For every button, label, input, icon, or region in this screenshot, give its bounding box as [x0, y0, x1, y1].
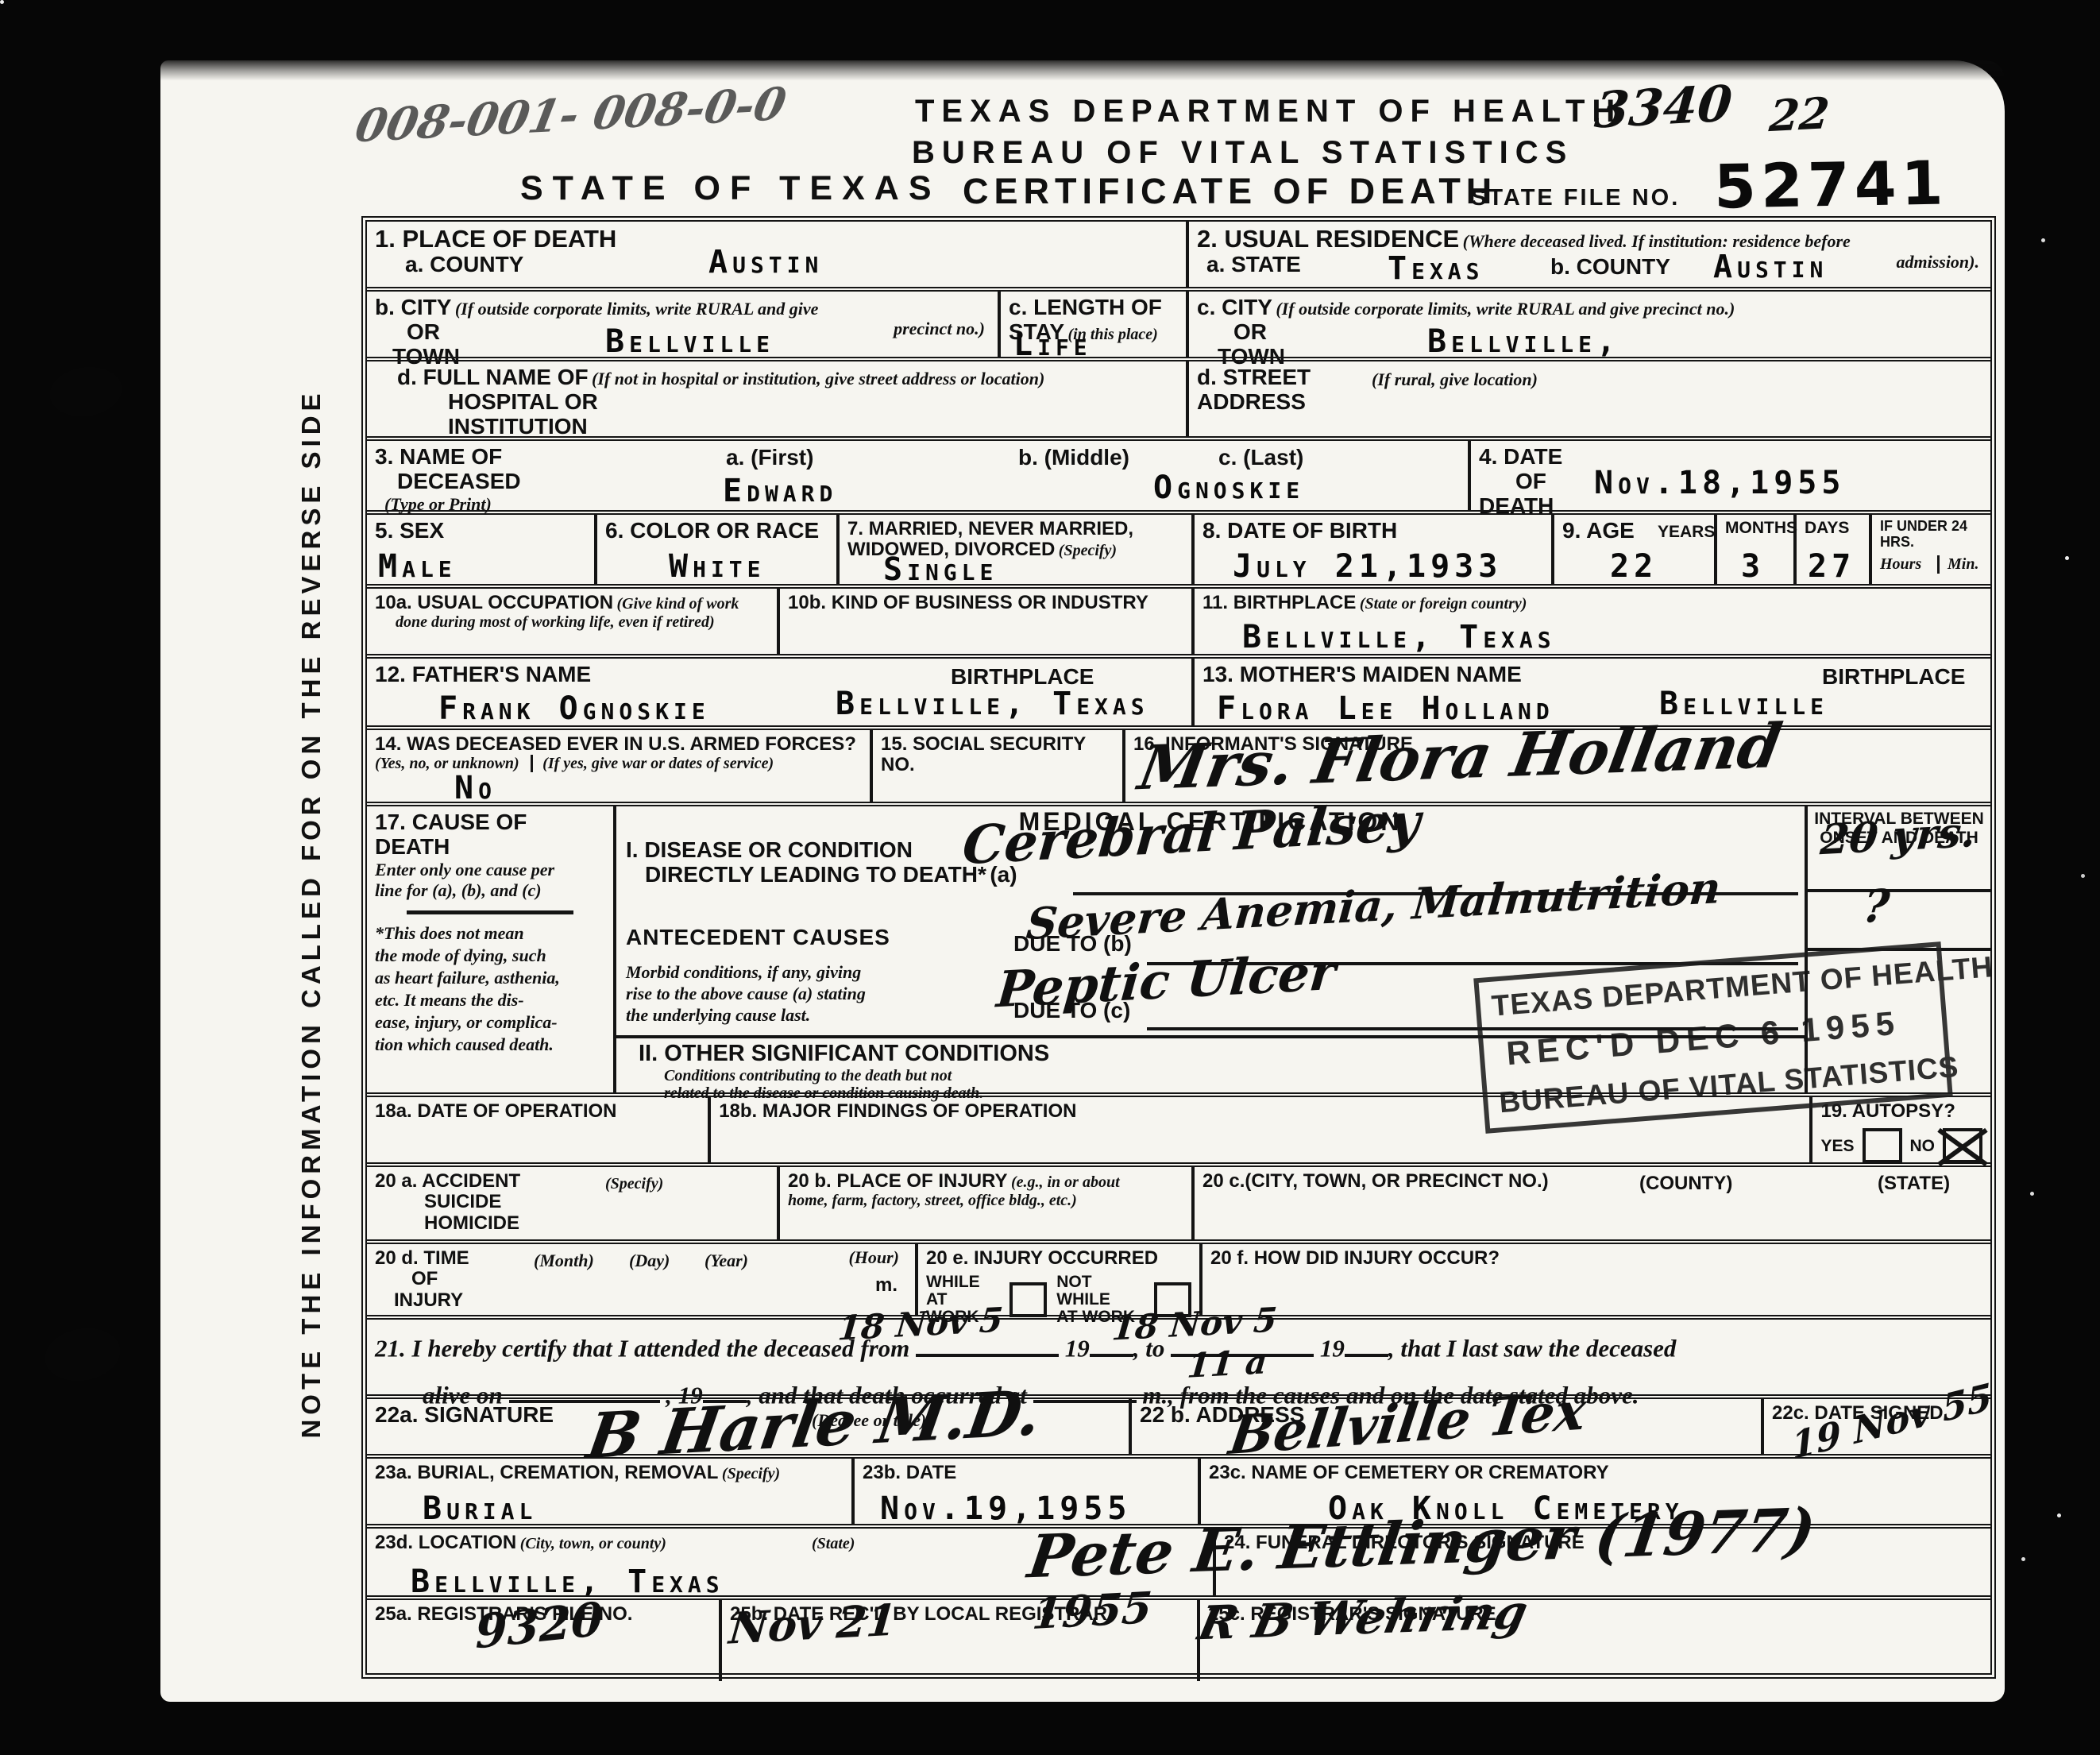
- field-fathers-name: 12. FATHER'S NAME BIRTHPLACE Frank Ognos…: [367, 659, 1195, 725]
- field-age-months: MONTHS 3: [1717, 515, 1797, 584]
- field-under-24hrs: IF UNDER 24 HRS. Hours Min.: [1872, 515, 1990, 584]
- morbid2: rise to the above cause (a) stating: [626, 984, 866, 1003]
- field-marital-status: 7. MARRIED, NEVER MARRIED, WIDOWED, DIVO…: [840, 515, 1195, 584]
- business-label: 10b. KIND OF BUSINESS OR INDUSTRY: [788, 592, 1148, 613]
- fathers-name-label: 12. FATHER'S NAME: [375, 662, 591, 686]
- field-place-of-death: 1. PLACE OF DEATH a. COUNTY Austin: [367, 222, 1189, 287]
- field-autopsy: 19. AUTOPSY? YES NO: [1812, 1097, 1990, 1162]
- field-accident-suicide-homicide: 20 a. ACCIDENT (Specify) SUICIDE HOMICID…: [367, 1167, 780, 1239]
- date-received-value-2: 1955: [1030, 1582, 1154, 1639]
- residence-state-label: a. STATE: [1206, 252, 1301, 276]
- interval-line1: [1808, 889, 1990, 892]
- time-injury-label1: 20 d. TIME: [375, 1247, 469, 1269]
- scan-speckles: [0, 0, 4, 4]
- hospital-label3: INSTITUTION: [448, 414, 588, 439]
- header-title: CERTIFICATE OF DEATH: [963, 172, 1497, 211]
- injury-city-label: 20 c.(CITY, TOWN, OR PRECINCT NO.): [1202, 1170, 1549, 1192]
- age-years-header: YEARS: [1658, 523, 1715, 541]
- row-name-dateofdeath: 3. NAME OF DECEASED (Type or Print) a. (…: [367, 436, 1990, 510]
- city-of-death-hint: (If outside corporate limits, write RURA…: [455, 299, 819, 319]
- usual-residence-title: 2. USUAL RESIDENCE: [1197, 225, 1459, 253]
- residence-county-value: Austin: [1713, 249, 1828, 285]
- field-place-of-injury: 20 b. PLACE OF INJURY (e.g., in or about…: [780, 1167, 1195, 1239]
- first-name-header: a. (First): [726, 446, 813, 470]
- day-header: (Day): [629, 1251, 670, 1271]
- field-business-industry: 10b. KIND OF BUSINESS OR INDUSTRY: [780, 589, 1195, 654]
- ssn-label: 15. SOCIAL SECURITY NO.: [881, 733, 1086, 775]
- dob-label: 8. DATE OF BIRTH: [1202, 518, 1397, 543]
- field-birthplace: 11. BIRTHPLACE (State or foreign country…: [1195, 589, 1990, 654]
- city-of-death-hint2: precinct no.): [894, 319, 985, 339]
- autopsy-yes-label: YES: [1820, 1137, 1854, 1155]
- row-city-length: b. CITY (If outside corporate limits, wr…: [367, 287, 1990, 357]
- residence-city-hint: (If outside corporate limits, write RURA…: [1276, 299, 1735, 319]
- major-findings-label: 18b. MAJOR FINDINGS OF OPERATION: [719, 1100, 1076, 1122]
- cemetery-label: 23c. NAME OF CEMETERY OR CREMATORY: [1209, 1462, 1609, 1483]
- other-hint1: Conditions contributing to the death but…: [664, 1067, 952, 1084]
- hours-header: Hours: [1880, 555, 1937, 574]
- autopsy-yes-checkbox: [1863, 1128, 1902, 1163]
- disease-label-2: DIRECTLY LEADING TO DEATH*: [645, 862, 986, 887]
- accident-label2: SUICIDE: [424, 1191, 501, 1212]
- time-injury-label3: INJURY: [394, 1289, 463, 1311]
- field-date-of-death: 4. DATE OF DEATH Nov.18,1955: [1471, 441, 1990, 510]
- age-years-value: 22: [1610, 548, 1658, 585]
- header-state-of-texas: STATE OF TEXAS: [520, 170, 941, 207]
- cert-19b: 19: [1320, 1335, 1345, 1363]
- cert-blank-19b: [1345, 1328, 1388, 1357]
- disease-condition-label: I. DISEASE OR CONDITION DIRECTLY LEADING…: [626, 838, 1017, 887]
- margin-note: NOTE THE INFORMATION CALLED FOR ON THE R…: [296, 388, 326, 1438]
- row-registrar: 25a. REGISTRAR'S FILE NO. 25b. DATE REC'…: [367, 1595, 1990, 1681]
- injury-occurred-label: 20 e. INJURY OCCURRED: [926, 1247, 1158, 1269]
- m-suffix: m.: [875, 1275, 898, 1296]
- date-received-value-1: Nov 21: [727, 1594, 898, 1653]
- cert-t1: I hereby certify that I attended the dec…: [412, 1335, 910, 1363]
- interval-b-value: ?: [1861, 879, 1892, 934]
- cert-19a: 19: [1065, 1335, 1090, 1363]
- date-of-death-value: Nov.18,1955: [1594, 465, 1845, 501]
- dob-value: July 21,1933: [1233, 548, 1502, 585]
- residence-state-value: Texas: [1388, 250, 1484, 287]
- race-value: White: [669, 548, 766, 585]
- hole-punch-bottom: [41, 1322, 125, 1387]
- age-months-value: 3: [1741, 548, 1765, 585]
- disease-label-1: I. DISEASE OR CONDITION: [626, 837, 913, 862]
- field-age-days: DAYS 27: [1797, 515, 1872, 584]
- location-state-hint: (State): [812, 1535, 855, 1553]
- interval-a-value: 20 yrs.: [1818, 808, 1978, 865]
- field-injury-city: 20 c.(CITY, TOWN, OR PRECINCT NO.) (COUN…: [1195, 1167, 1990, 1239]
- star5: ease, injury, or complica-: [375, 1012, 558, 1032]
- middle-name-header: b. (Middle): [1018, 446, 1129, 470]
- row-demographics: 5. SEX Male 6. COLOR OR RACE White 7. MA…: [367, 510, 1990, 584]
- mothers-name-label: 13. MOTHER'S MAIDEN NAME: [1202, 662, 1522, 686]
- cause-asterisk-note: *This does not mean the mode of dying, s…: [375, 922, 605, 1057]
- row-accident: 20 a. ACCIDENT (Specify) SUICIDE HOMICID…: [367, 1162, 1990, 1239]
- burial-hint: (Specify): [722, 1465, 780, 1482]
- accident-hint: (Specify): [605, 1175, 663, 1193]
- antecedent-causes-label: ANTECEDENT CAUSES: [626, 926, 890, 950]
- marital-label: 7. MARRIED, NEVER MARRIED,: [847, 518, 1133, 539]
- morbid3: the underlying cause last.: [626, 1005, 810, 1025]
- hole-punch-top: [46, 362, 125, 421]
- under-24-label: IF UNDER 24 HRS.: [1880, 518, 1967, 550]
- mothers-birthplace-header: BIRTHPLACE: [1822, 665, 1965, 690]
- occupation-label: 10a. USUAL OCCUPATION: [375, 592, 613, 613]
- autopsy-no-checkbox-checked: [1943, 1128, 1982, 1163]
- star2: the mode of dying, such: [375, 945, 546, 965]
- date-of-death-label: 4. DATE: [1479, 444, 1562, 469]
- residence-county-label: b. COUNTY: [1550, 255, 1670, 280]
- armed-forces-hint1: (Yes, no, or unknown): [375, 755, 519, 772]
- field-burial-date: 23b. DATE Nov.19,1955: [855, 1459, 1201, 1524]
- time-injury-label2: OF: [411, 1268, 438, 1289]
- place-of-injury-hint2: home, farm, factory, street, office bldg…: [788, 1192, 1077, 1209]
- row-place-residence-top: 1. PLACE OF DEATH a. COUNTY Austin 2. US…: [367, 222, 1990, 287]
- star4: etc. It means the dis-: [375, 990, 524, 1010]
- min-header: Min.: [1937, 555, 1978, 574]
- county-of-death-value: Austin: [708, 244, 823, 280]
- operation-date-label: 18a. DATE OF OPERATION: [375, 1100, 617, 1122]
- fathers-birthplace-value: Bellville, Texas: [836, 686, 1149, 722]
- star6: tion which caused death.: [375, 1034, 554, 1054]
- row-hospital-street: d. FULL NAME OF (If not in hospital or i…: [367, 357, 1990, 436]
- accident-label3: HOMICIDE: [424, 1212, 519, 1234]
- field-date-of-birth: 8. DATE OF BIRTH July 21,1933: [1195, 515, 1554, 584]
- location-label: 23d. LOCATION: [375, 1532, 516, 1553]
- field-length-of-stay: c. LENGTH OF STAY (in this place) Life: [1001, 292, 1189, 357]
- field-hospital-name: d. FULL NAME OF (If not in hospital or i…: [367, 361, 1189, 436]
- birthplace-label: 11. BIRTHPLACE: [1202, 592, 1356, 613]
- field-usual-residence: 2. USUAL RESIDENCE (Where deceased lived…: [1189, 222, 1990, 287]
- state-file-no-label: STATE FILE NO.: [1471, 186, 1680, 211]
- hour-header: (Hour): [848, 1247, 899, 1268]
- fathers-name-value: Frank Ognoskie: [438, 690, 710, 727]
- place-of-death-title: 1. PLACE OF DEATH: [375, 225, 616, 253]
- age-label: 9. AGE: [1562, 518, 1635, 543]
- month-header: (Month): [534, 1251, 594, 1271]
- field-residence-city: c. CITY (If outside corporate limits, wr…: [1189, 292, 1990, 357]
- field-name-of-deceased: 3. NAME OF DECEASED (Type or Print) a. (…: [367, 441, 1471, 510]
- residence-city-or: OR: [1233, 319, 1267, 344]
- armed-forces-label: 14. WAS DECEASED EVER IN U.S. ARMED FORC…: [375, 733, 856, 755]
- birthplace-hint: (State or foreign country): [1360, 595, 1527, 613]
- hospital-label: d. FULL NAME OF: [397, 365, 589, 389]
- race-label: 6. COLOR OR RACE: [605, 518, 819, 543]
- age-months-header: MONTHS: [1725, 519, 1797, 537]
- cert-no: 21.: [375, 1335, 406, 1363]
- field-time-of-injury: 20 d. TIME (Month) (Day) (Year) (Hour) O…: [367, 1244, 918, 1315]
- pencil-batch-number: 3340: [1592, 74, 1735, 139]
- field-mothers-name: 13. MOTHER'S MAIDEN NAME BIRTHPLACE Flor…: [1195, 659, 1990, 725]
- date-of-death-label2: OF: [1515, 469, 1546, 493]
- star3: as heart failure, asthenia,: [375, 968, 560, 988]
- divider: [407, 910, 573, 914]
- how-injury-label: 20 f. HOW DID INJURY OCCUR?: [1210, 1247, 1500, 1269]
- street-address-hint: (If rural, give location): [1372, 369, 1538, 390]
- field-sex: 5. SEX Male: [367, 515, 597, 584]
- marital-hint: (Specify): [1059, 542, 1117, 559]
- field-how-injury-occurred: 20 f. HOW DID INJURY OCCUR?: [1202, 1244, 1990, 1315]
- morbid1: Morbid conditions, if any, giving: [626, 962, 861, 982]
- other-significant-label: II. OTHER SIGNIFICANT CONDITIONS: [639, 1042, 1049, 1067]
- while-at-work-checkbox: [1009, 1282, 1047, 1317]
- field-race: 6. COLOR OR RACE White: [597, 515, 840, 584]
- occupation-hint1: (Give kind of work: [617, 595, 739, 613]
- row-time-of-injury: 20 d. TIME (Month) (Day) (Year) (Hour) O…: [367, 1239, 1990, 1315]
- header-bureau: BUREAU OF VITAL STATISTICS: [912, 135, 1573, 170]
- morbid-conditions-note: Morbid conditions, if any, giving rise t…: [626, 962, 866, 1026]
- city-or-label: OR: [407, 319, 440, 344]
- county-of-death-label: a. COUNTY: [405, 252, 523, 276]
- header-department: TEXAS DEPARTMENT OF HEALTH: [915, 94, 1622, 129]
- name-label2: DECEASED: [397, 469, 521, 493]
- injury-state-header: (STATE): [1878, 1173, 1950, 1194]
- cert-hour-value: 11 a: [1186, 1342, 1268, 1386]
- last-name-header: c. (Last): [1218, 446, 1303, 470]
- residence-city-label: c. CITY: [1197, 295, 1272, 319]
- cert-t2: , that I last saw the deceased: [1388, 1335, 1677, 1363]
- age-days-header: DAYS: [1805, 519, 1849, 537]
- injury-county-header: (COUNTY): [1639, 1173, 1732, 1194]
- city-of-death-value: Bellville: [605, 323, 774, 360]
- first-name-value: Edward: [723, 473, 837, 509]
- name-label: 3. NAME OF: [375, 444, 502, 469]
- field-armed-forces: 14. WAS DECEASED EVER IN U.S. ARMED FORC…: [367, 730, 873, 802]
- place-of-injury-label: 20 b. PLACE OF INJURY: [788, 1170, 1008, 1192]
- marital-value: Single: [883, 551, 998, 588]
- field-street-address: d. STREET (If rural, give location) ADDR…: [1189, 361, 1990, 436]
- year-header: (Year): [705, 1251, 748, 1271]
- scanned-death-certificate: NOTE THE INFORMATION CALLED FOR ON THE R…: [0, 0, 2100, 1755]
- field-ssn: 15. SOCIAL SECURITY NO.: [873, 730, 1125, 802]
- occupation-hint2: done during most of working life, even i…: [396, 613, 715, 631]
- sex-value: Male: [378, 548, 457, 585]
- signature-label: 22a. SIGNATURE: [375, 1402, 554, 1427]
- not1: NOT WHILE: [1056, 1273, 1110, 1309]
- burial-date-label: 23b. DATE: [863, 1462, 956, 1483]
- usual-residence-hint-2: admission).: [1896, 252, 1979, 273]
- field-date-of-operation: 18a. DATE OF OPERATION: [367, 1097, 711, 1162]
- cause-note1: Enter only one cause per: [375, 860, 554, 879]
- autopsy-no-label: NO: [1910, 1137, 1936, 1155]
- birthplace-value: Bellville, Texas: [1242, 619, 1556, 655]
- cause-label: 17. CAUSE OF DEATH: [375, 810, 527, 859]
- sex-label: 5. SEX: [375, 518, 444, 543]
- field-age-years: 9. AGE YEARS 22: [1554, 515, 1717, 584]
- place-of-injury-hint1: (e.g., in or about: [1011, 1173, 1120, 1191]
- length-of-stay-label: c. LENGTH OF: [1009, 295, 1162, 319]
- location-hint: (City, town, or county): [520, 1535, 666, 1552]
- last-name-value: Ognoskie: [1153, 470, 1304, 506]
- armed-forces-hint2: (If yes, give war or dates of service): [531, 755, 774, 772]
- star1: *This does not mean: [375, 923, 524, 943]
- residence-city-value: Bellville,: [1427, 323, 1620, 360]
- row-occupation-birthplace: 10a. USUAL OCCUPATION (Give kind of work…: [367, 584, 1990, 654]
- burial-value: Burial: [423, 1490, 537, 1527]
- accident-label1: 20 a. ACCIDENT: [375, 1170, 520, 1192]
- age-days-value: 27: [1808, 548, 1855, 585]
- field-city-of-death: b. CITY (If outside corporate limits, wr…: [367, 292, 1001, 357]
- street-address-label2: ADDRESS: [1197, 389, 1306, 414]
- field-usual-occupation: 10a. USUAL OCCUPATION (Give kind of work…: [367, 589, 780, 654]
- field-cause-of-death-note: 17. CAUSE OF DEATH Enter only one cause …: [367, 806, 616, 1092]
- cause-note2: line for (a), (b), and (c): [375, 880, 542, 900]
- city-of-death-label: b. CITY: [375, 295, 451, 319]
- hospital-hint: (If not in hospital or institution, give…: [592, 369, 1044, 388]
- street-address-label: d. STREET: [1197, 365, 1311, 389]
- hospital-label2: HOSPITAL OR: [448, 389, 598, 414]
- pencil-batch-number-2: 22: [1767, 87, 1832, 141]
- state-file-number: 52741: [1713, 147, 1948, 222]
